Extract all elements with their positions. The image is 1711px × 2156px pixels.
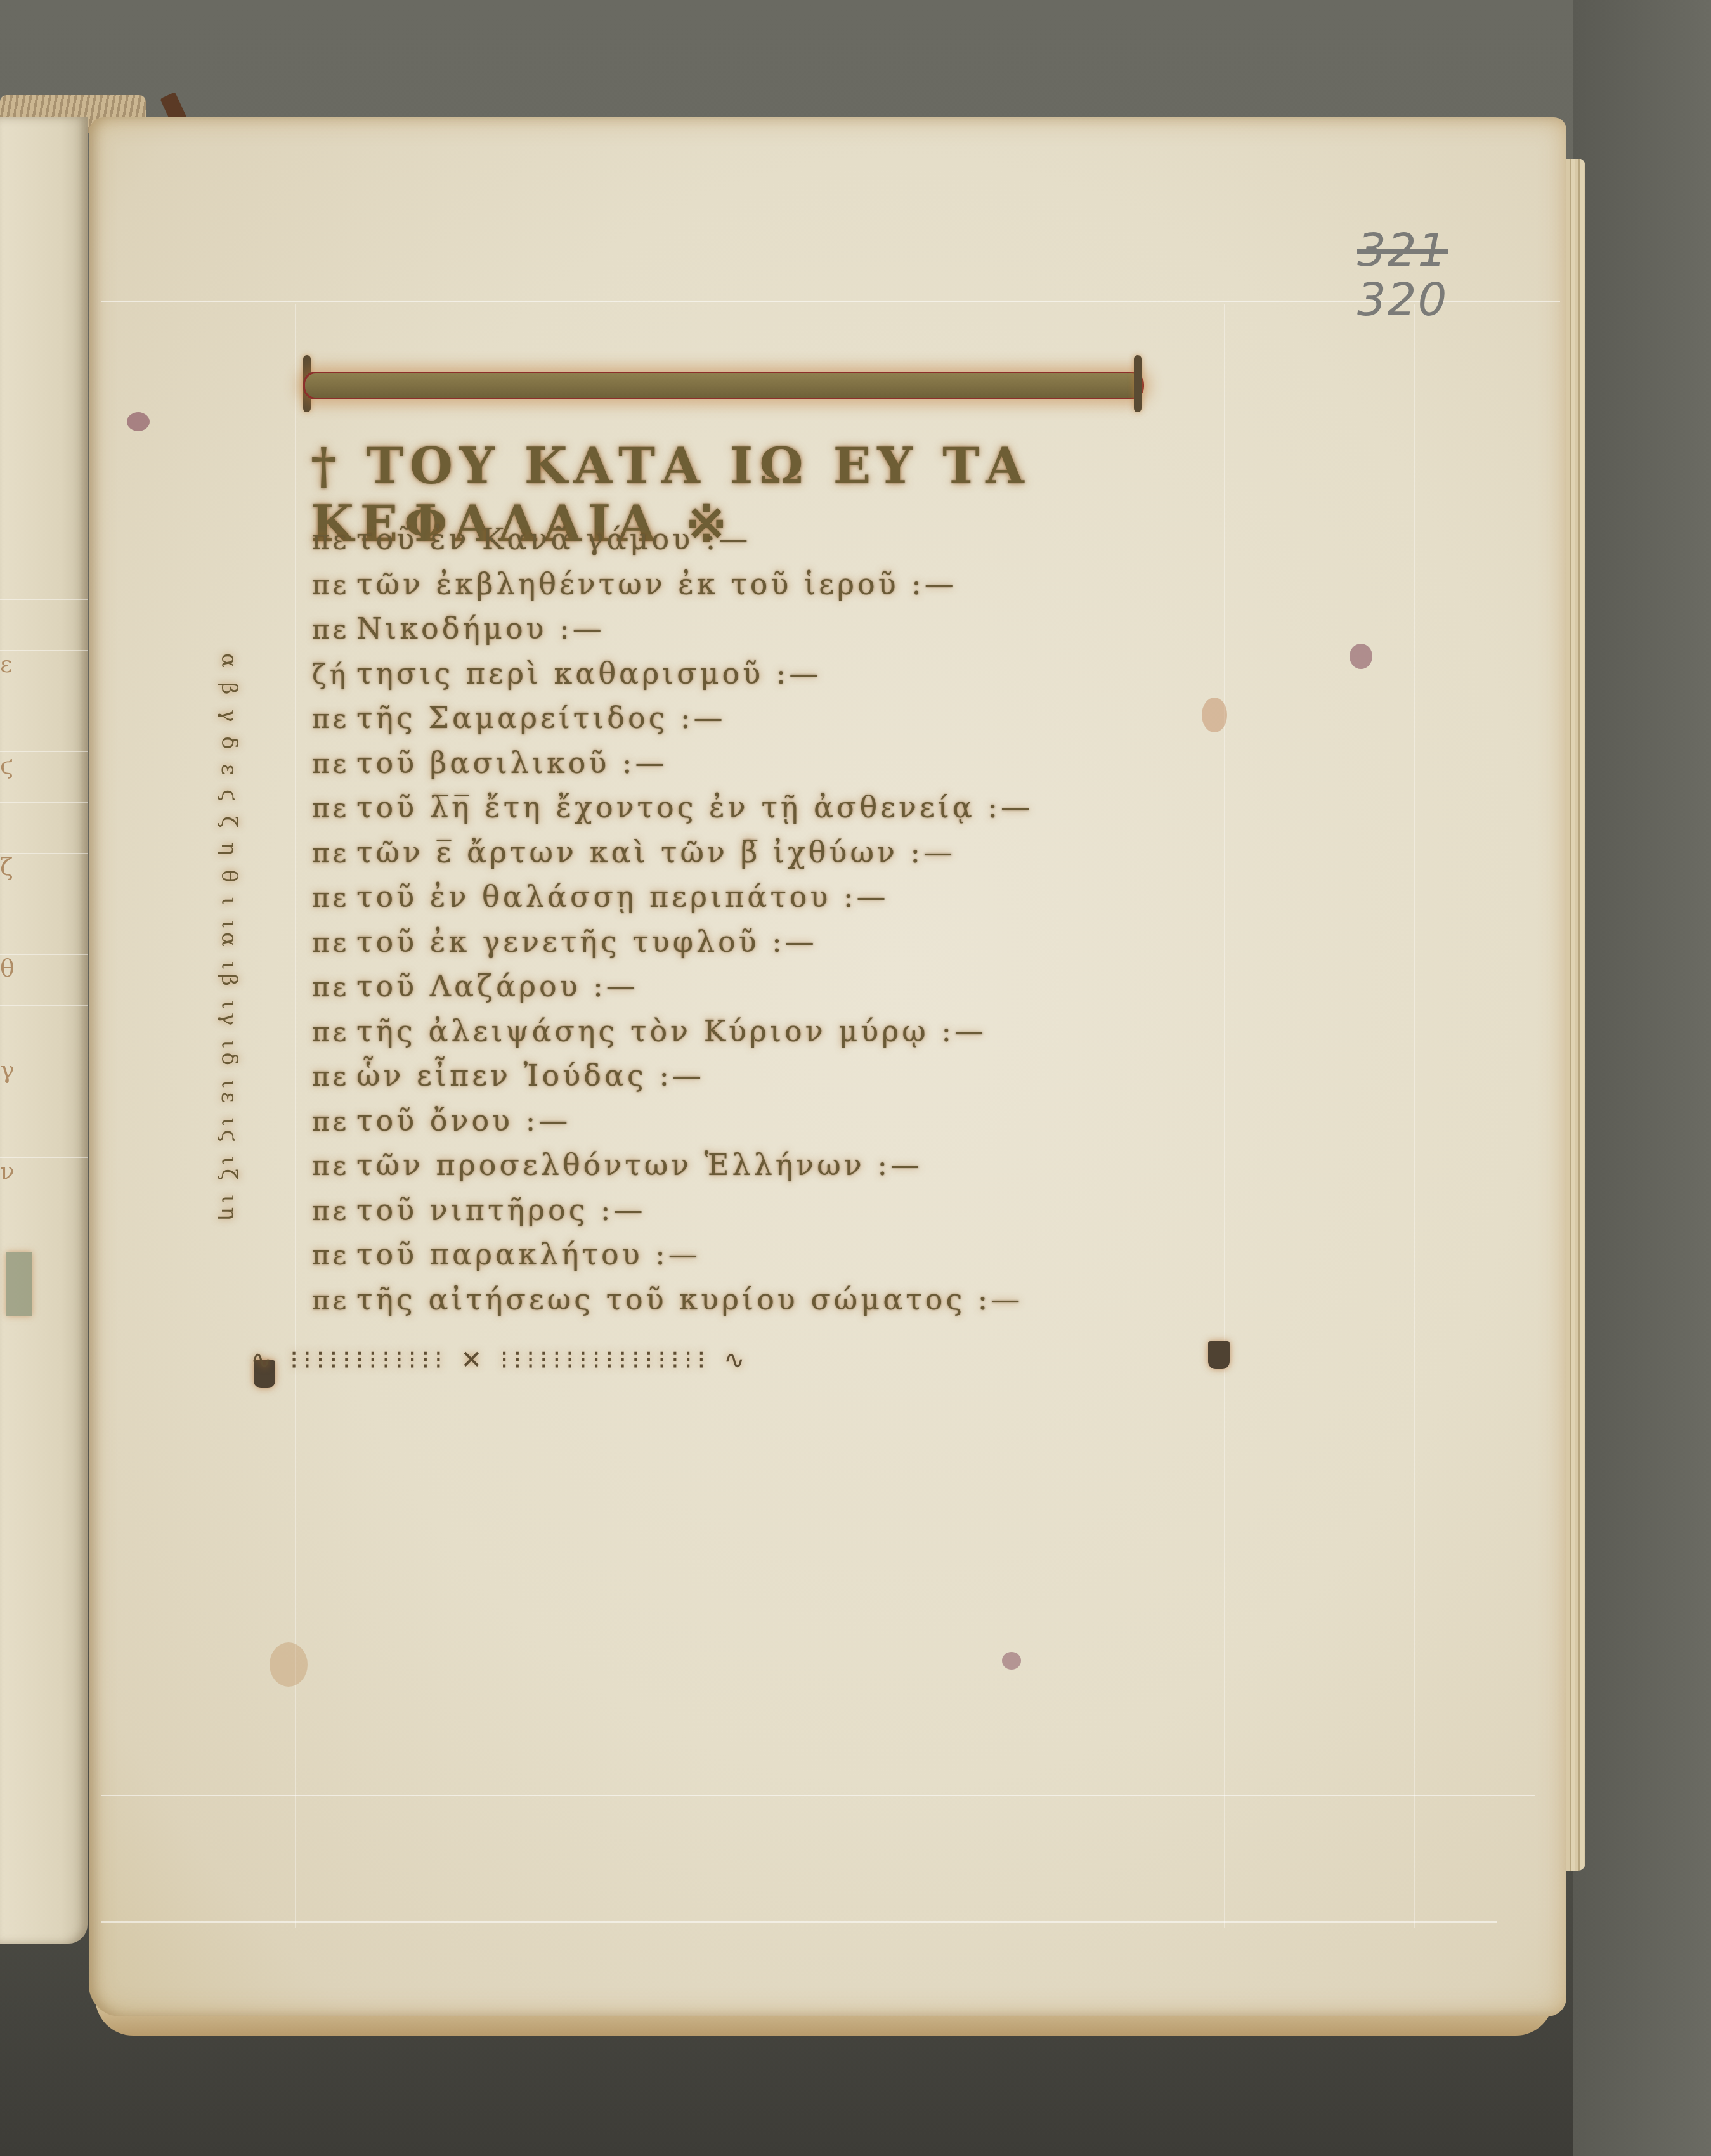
ruling-line bbox=[101, 1795, 1535, 1796]
chapter-heading: πετοῦ νιπτῆρος :— bbox=[312, 1188, 1033, 1233]
chapter-text: τοῦ βασιλικοῦ :— bbox=[356, 746, 668, 780]
left-page: ε ϛ ζ θ γ ν bbox=[0, 117, 88, 1944]
ruling-line bbox=[0, 599, 88, 600]
chapter-abbrev: πε bbox=[312, 786, 356, 831]
ruling-line bbox=[1414, 304, 1415, 1928]
tailpiece-ornament: ∿ ⁝⁝⁝⁝⁝⁝⁝⁝⁝⁝⁝⁝ ✕ ⁝⁝⁝⁝⁝⁝⁝⁝⁝⁝⁝⁝⁝⁝⁝⁝ ∿ bbox=[250, 1338, 1240, 1382]
chapter-heading: πετῶν ἐκβληθέντων ἐκ τοῦ ἱεροῦ :— bbox=[312, 562, 1033, 607]
table-background-right bbox=[1573, 0, 1711, 2156]
chapter-headings-list: πετοῦ ἐν Κανᾶ γάμου :— πετῶν ἐκβληθέντων… bbox=[312, 517, 1033, 1322]
ruling-line bbox=[101, 301, 1560, 302]
chapter-heading: πετῶν ε̅ ἄρτων καὶ τῶν β̅ ἰχθύων :— bbox=[312, 830, 1033, 875]
chapter-heading: πετῆς Σαμαρείτιδος :— bbox=[312, 696, 1033, 741]
chapter-heading: πετοῦ ἐν Κανᾶ γάμου :— bbox=[312, 517, 1033, 562]
chapter-text: τῆς ἀλειψάσης τὸν Κύριον μύρῳ :— bbox=[356, 1014, 987, 1048]
chapter-text: τησις περὶ καθαρισμοῦ :— bbox=[356, 656, 821, 691]
chapter-abbrev: πε bbox=[312, 697, 356, 742]
chapter-text: τοῦ Λαζάρου :— bbox=[356, 969, 639, 1003]
chapter-text: τῆς αἰτήσεως τοῦ κυρίου σώματος :— bbox=[356, 1282, 1023, 1316]
chapter-heading: πετοῦ βασιλικοῦ :— bbox=[312, 741, 1033, 786]
chapter-abbrev: πε bbox=[312, 563, 356, 608]
folio-number-struck: 321 bbox=[1357, 225, 1448, 275]
chapter-abbrev: πε bbox=[312, 1100, 356, 1145]
chapter-abbrev: πε bbox=[312, 1278, 356, 1323]
chapter-abbrev: πε bbox=[312, 1055, 356, 1100]
chapter-text: τοῦ νιπτῆρος :— bbox=[356, 1193, 646, 1227]
chapter-heading: πετοῦ παρακλήτου :— bbox=[312, 1232, 1033, 1277]
headpiece-band bbox=[303, 372, 1144, 399]
foxing-stain bbox=[1202, 698, 1227, 732]
chapter-text: ὧν εἶπεν Ἰούδας :— bbox=[356, 1058, 705, 1093]
chapter-text: τοῦ ἐκ γενετῆς τυφλοῦ :— bbox=[356, 925, 817, 959]
chapter-abbrev: ζή bbox=[312, 653, 356, 698]
ruling-line bbox=[0, 802, 88, 803]
chapter-text: τῶν ε̅ ἄρτων καὶ τῶν β̅ ἰχθύων :— bbox=[356, 835, 956, 869]
ink-stain bbox=[1002, 1652, 1021, 1670]
chapter-heading: πετοῦ ἐν θαλάσσῃ περιπάτου :— bbox=[312, 874, 1033, 919]
left-page-glyph: ν bbox=[0, 1157, 15, 1185]
ruling-line bbox=[0, 904, 88, 904]
chapter-heading: πετῆς ἀλειψάσης τὸν Κύριον μύρῳ :— bbox=[312, 1009, 1033, 1054]
chapter-abbrev: πε bbox=[312, 742, 356, 787]
chapter-abbrev: πε bbox=[312, 921, 356, 966]
ink-stain bbox=[1350, 644, 1372, 669]
margin-chapter-numerals: α β γ δ ε ϛ ζ η θ ι ια ιβ ιγ ιδ ιε ιϛ ιζ… bbox=[209, 520, 241, 1357]
ruling-line bbox=[101, 1921, 1497, 1923]
chapter-heading: πετοῦ ὄνου :— bbox=[312, 1098, 1033, 1143]
chapter-text: τῶν ἐκβληθέντων ἐκ τοῦ ἱεροῦ :— bbox=[356, 567, 957, 601]
chapter-abbrev: πε bbox=[312, 518, 356, 563]
left-page-glyph: γ bbox=[0, 1056, 15, 1084]
tailpiece-terminal-right bbox=[1208, 1341, 1230, 1369]
left-page-glyph: ϛ bbox=[0, 751, 13, 779]
ruling-line bbox=[0, 1005, 88, 1006]
chapter-heading: πετῆς αἰτήσεως τοῦ κυρίου σώματος :— bbox=[312, 1277, 1033, 1322]
headpiece-knob-right bbox=[1134, 355, 1142, 412]
ruling-line bbox=[0, 549, 88, 549]
folio-number: 321 320 bbox=[1357, 225, 1448, 324]
chapter-text: τοῦ ἐν Κανᾶ γάμου :— bbox=[356, 522, 751, 556]
left-page-glyph: ε bbox=[0, 650, 13, 678]
chapter-heading: πετοῦ ἐκ γενετῆς τυφλοῦ :— bbox=[312, 919, 1033, 964]
chapter-text: τοῦ ἐν θαλάσσῃ περιπάτου :— bbox=[356, 880, 889, 914]
chapter-heading: πετοῦ λ̅η̅ ἔτη ἔχοντος ἐν τῇ ἀσθενείᾳ :— bbox=[312, 785, 1033, 830]
ruling-line bbox=[0, 650, 88, 651]
chapter-abbrev: πε bbox=[312, 1189, 356, 1234]
chapter-heading: ζήτησις περὶ καθαρισμοῦ :— bbox=[312, 651, 1033, 696]
chapter-abbrev: πε bbox=[312, 965, 356, 1010]
chapter-text: τῆς Σαμαρείτιδος :— bbox=[356, 701, 726, 735]
left-page-initial bbox=[6, 1252, 32, 1316]
chapter-abbrev: πε bbox=[312, 1144, 356, 1189]
ruling-line bbox=[0, 1107, 88, 1107]
chapter-abbrev: πε bbox=[312, 1010, 356, 1055]
left-page-glyph: ζ bbox=[0, 853, 13, 881]
folio-number-current: 320 bbox=[1357, 275, 1448, 324]
chapter-abbrev: πε bbox=[312, 1233, 356, 1278]
chapter-text: Νικοδήμου :— bbox=[356, 611, 605, 646]
chapter-abbrev: πε bbox=[312, 607, 356, 653]
chapter-text: τῶν προσελθόντων Ἑλλήνων :— bbox=[356, 1148, 923, 1182]
foxing-stain bbox=[270, 1642, 308, 1687]
chapter-abbrev: πε bbox=[312, 831, 356, 876]
chapter-heading: πετῶν προσελθόντων Ἑλλήνων :— bbox=[312, 1143, 1033, 1188]
chapter-heading: πεὧν εἶπεν Ἰούδας :— bbox=[312, 1053, 1033, 1098]
left-page-glyph: θ bbox=[0, 954, 15, 982]
ruling-line bbox=[0, 701, 88, 701]
chapter-text: τοῦ ὄνου :— bbox=[356, 1103, 571, 1138]
ruling-line bbox=[0, 853, 88, 854]
ink-stain bbox=[127, 412, 150, 431]
chapter-abbrev: πε bbox=[312, 876, 356, 921]
ruling-line bbox=[1224, 304, 1225, 1928]
chapter-heading: πετοῦ Λαζάρου :— bbox=[312, 964, 1033, 1009]
chapter-heading: πεΝικοδήμου :— bbox=[312, 606, 1033, 651]
chapter-text: τοῦ λ̅η̅ ἔτη ἔχοντος ἐν τῇ ἀσθενείᾳ :— bbox=[356, 790, 1033, 824]
chapter-text: τοῦ παρακλήτου :— bbox=[356, 1237, 701, 1271]
